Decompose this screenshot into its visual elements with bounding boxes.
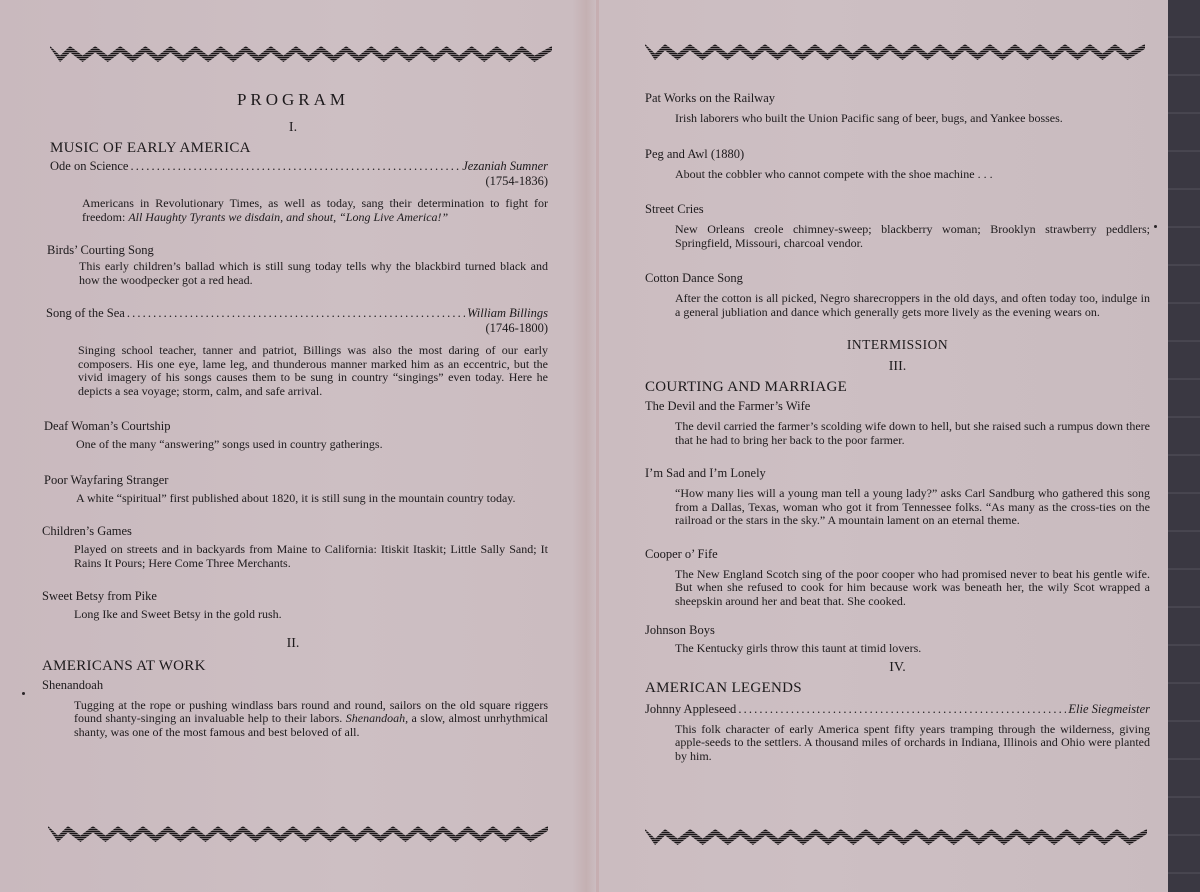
program-item: Cotton Dance Song After the cotton is al… [645,270,1150,319]
section-title: AMERICANS AT WORK [42,658,548,675]
composer-dates: (1754-1836) [50,174,548,189]
item-description: The New England Scotch sing of the poor … [675,568,1150,609]
part-numeral: IV. [645,660,1150,676]
zigzag-border-icon [50,46,552,62]
program-title: PROGRAM [38,90,548,110]
item-description: This early children’s ballad which is st… [79,260,548,287]
part-numeral: II. [38,636,548,652]
description-quote: All Haughty Tyrants we disdain, and shou… [128,210,448,224]
item-description: This folk character of early America spe… [675,723,1150,764]
item-description: Irish laborers who built the Union Pacif… [675,112,1150,126]
item-title-row: Ode on Science Jezaniah Sumner [50,158,548,174]
item-description: Played on streets and in backyards from … [74,543,548,570]
item-title: Street Cries [645,201,1150,217]
item-description: “How many lies will a young man tell a y… [675,487,1150,528]
paper-speck [22,692,25,695]
item-title: Cotton Dance Song [645,270,1150,286]
dot-leader [738,701,1066,717]
program-booklet-spread: PROGRAM I. MUSIC OF EARLY AMERICA Ode on… [0,0,1168,892]
composer-dates: (1746-1800) [46,321,548,336]
program-item: Pat Works on the Railway Irish laborers … [645,90,1150,126]
item-description: Long Ike and Sweet Betsy in the gold rus… [74,608,548,622]
item-description: Tugging at the rope or pushing windlass … [74,699,548,740]
item-title: Poor Wayfaring Stranger [44,472,548,488]
item-description: New Orleans creole chimney-sweep; blackb… [675,223,1150,250]
item-title-row: Johnny Appleseed Elie Siegmeister [645,701,1150,717]
item-title: Peg and Awl (1880) [645,146,1150,162]
right-page-content: Pat Works on the Railway Irish laborers … [645,90,1150,777]
program-item: Street Cries New Orleans creole chimney-… [645,201,1150,250]
composer-name: Elie Siegmeister [1068,701,1150,717]
zigzag-border-icon [48,826,548,842]
description-italic-title: Shenandoah, [346,711,408,725]
item-description: Singing school teacher, tanner and patri… [78,344,548,398]
item-description: A white “spiritual” first published abou… [76,492,548,506]
item-description: After the cotton is all picked, Negro sh… [675,292,1150,319]
item-title: Pat Works on the Railway [645,90,1150,106]
program-item: Birds’ Courting Song This early children… [47,242,548,287]
section-title: AMERICAN LEGENDS [645,680,1150,697]
right-page: Pat Works on the Railway Irish laborers … [645,0,1150,892]
zigzag-border-icon [645,829,1147,845]
item-title: Shenandoah [42,677,548,693]
program-item: Johnny Appleseed Elie Siegmeister This f… [645,701,1150,764]
program-item: Shenandoah Tugging at the rope or pushin… [42,677,548,740]
section-title: COURTING AND MARRIAGE [645,379,1150,396]
program-item: Ode on Science Jezaniah Sumner (1754-183… [50,158,548,224]
item-title: Birds’ Courting Song [47,242,548,258]
program-item: Johnson Boys The Kentucky girls throw th… [645,622,1150,656]
background-surface [1168,0,1200,892]
item-title: Cooper o’ Fife [645,546,1150,562]
item-description: One of the many “answering” songs used i… [76,438,548,452]
program-item: Deaf Woman’s Courtship One of the many “… [44,418,548,452]
program-item: The Devil and the Farmer’s Wife The devi… [645,398,1150,447]
zigzag-border-icon [645,44,1145,60]
left-page: PROGRAM I. MUSIC OF EARLY AMERICA Ode on… [38,0,548,892]
item-description: The devil carried the farmer’s scolding … [675,420,1150,447]
item-title: Children’s Games [42,523,548,539]
item-description: The Kentucky girls throw this taunt at t… [675,642,1150,656]
item-title: I’m Sad and I’m Lonely [645,465,1150,481]
item-title: Sweet Betsy from Pike [42,588,548,604]
item-description: Americans in Revolutionary Times, as wel… [82,197,548,224]
paper-speck [1154,225,1157,228]
program-item: Sweet Betsy from Pike Long Ike and Sweet… [42,588,548,622]
program-item: Song of the Sea William Billings (1746-1… [46,305,548,398]
item-title-row: Song of the Sea William Billings [46,305,548,321]
program-item: I’m Sad and I’m Lonely “How many lies wi… [645,465,1150,528]
program-item: Peg and Awl (1880) About the cobbler who… [645,146,1150,182]
dot-leader [130,158,460,174]
composer-name: Jezaniah Sumner [462,158,548,174]
program-item: Children’s Games Played on streets and i… [42,523,548,570]
composer-name: William Billings [467,305,548,321]
program-item: Cooper o’ Fife The New England Scotch si… [645,546,1150,609]
section-title: MUSIC OF EARLY AMERICA [50,140,548,157]
item-description: About the cobbler who cannot compete wit… [675,168,1150,182]
intermission-label: INTERMISSION [645,337,1150,353]
left-page-content: PROGRAM I. MUSIC OF EARLY AMERICA Ode on… [38,88,548,753]
item-title: Song of the Sea [46,305,125,321]
item-title: The Devil and the Farmer’s Wife [645,398,1150,414]
part-numeral: I. [38,120,548,136]
item-title: Deaf Woman’s Courtship [44,418,548,434]
part-numeral: III. [645,359,1150,375]
dot-leader [127,305,465,321]
item-title: Johnson Boys [645,622,1150,638]
item-title: Ode on Science [50,158,128,174]
program-item: Poor Wayfaring Stranger A white “spiritu… [44,472,548,506]
item-title: Johnny Appleseed [645,701,736,717]
